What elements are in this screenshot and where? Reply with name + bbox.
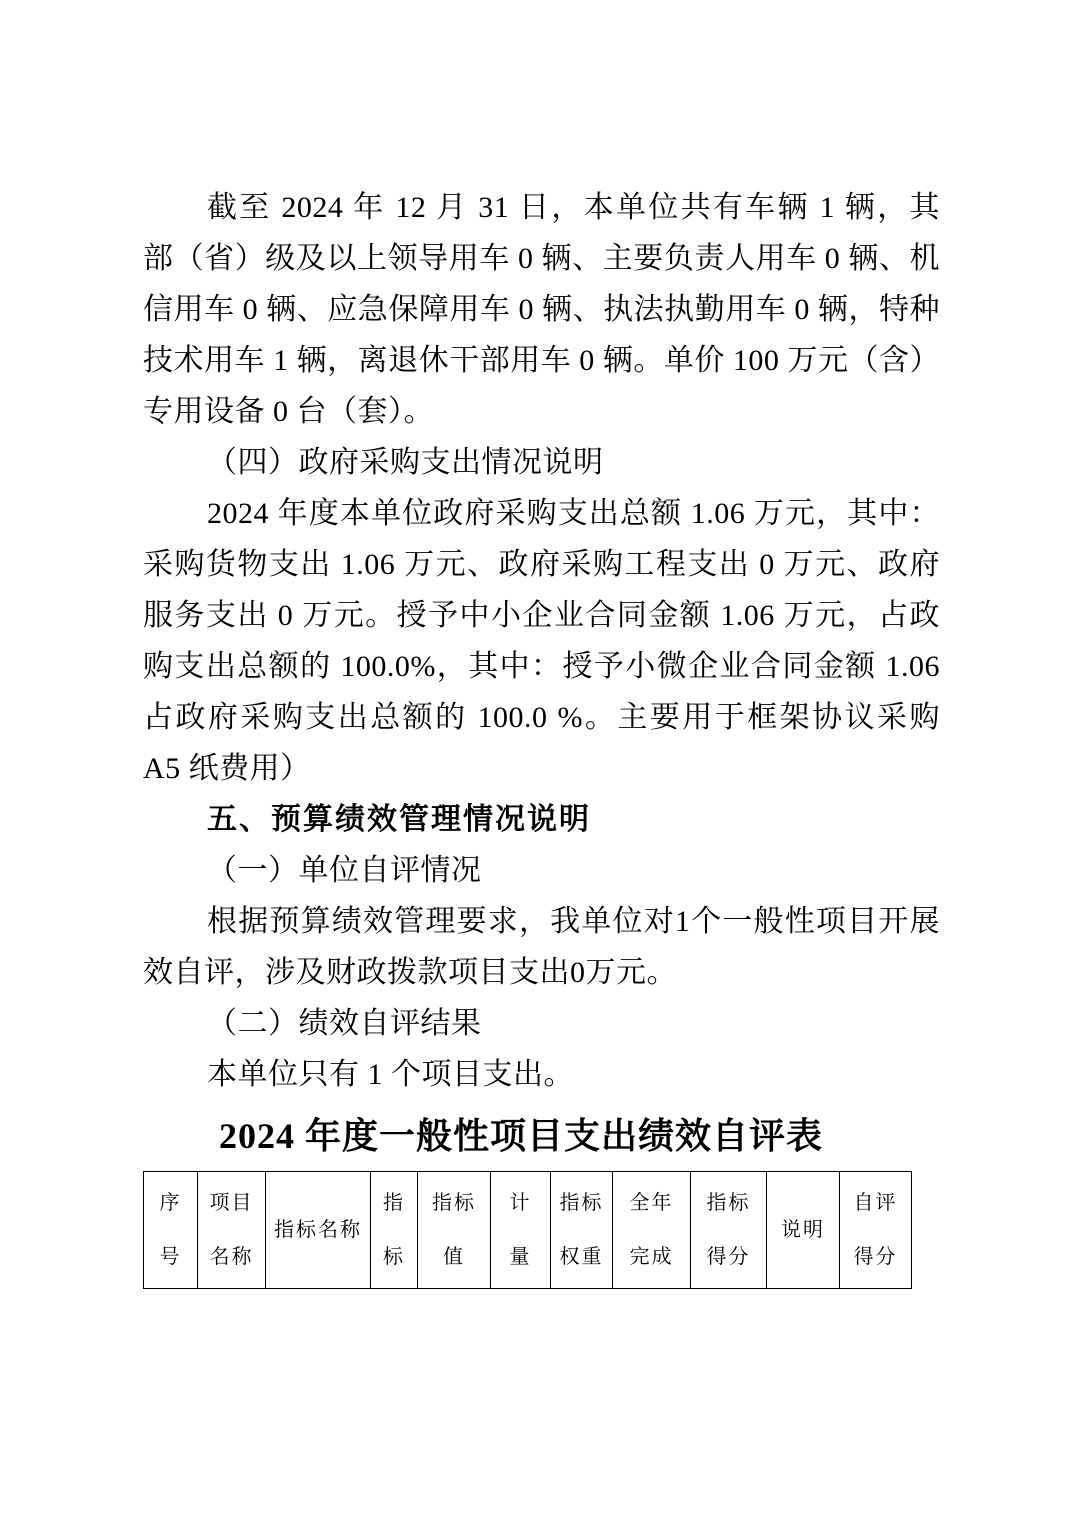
- text-line: 部（省）级及以上领导用车 0 辆、主要负责人用车 0 辆、机要通: [143, 233, 940, 284]
- paragraph-container: 截至 2024 年 12 月 31 日，本单位共有车辆 1 辆，其中，副部（省）…: [143, 182, 940, 1100]
- table-header-cell-content: 全年完成: [613, 1176, 690, 1284]
- table-header-text: 序: [160, 1176, 182, 1230]
- text-line: 购支出总额的 100.0%，其中：授予小微企业合同金额 1.06 万元，: [143, 641, 940, 692]
- paragraph: 本单位只有 1 个项目支出。: [143, 1049, 940, 1100]
- text-line: 2024 年度本单位政府采购支出总额 1.06 万元，其中：政府: [143, 488, 940, 539]
- table-header-cell-content: 说明: [767, 1203, 839, 1257]
- text-line: 根据预算绩效管理要求，我单位对1个一般性项目开展了绩: [143, 896, 940, 947]
- text-line: （四）政府采购支出情况说明: [143, 437, 940, 488]
- table-header-text: 完成: [630, 1230, 674, 1284]
- paragraph: 根据预算绩效管理要求，我单位对1个一般性项目开展了绩效自评，涉及财政拨款项目支出…: [143, 896, 940, 998]
- section-heading: 五、预算绩效管理情况说明: [143, 794, 940, 845]
- table-header-cell: 全年完成: [613, 1172, 691, 1289]
- performance-self-eval-table: 序号项目名称指标名称指标指标值计量指标权重全年完成指标得分说明自评得分: [143, 1171, 912, 1289]
- table-header-text: 计: [510, 1176, 532, 1230]
- table-header-cell: 指标: [371, 1172, 418, 1289]
- document-content: 截至 2024 年 12 月 31 日，本单位共有车辆 1 辆，其中，副部（省）…: [143, 182, 940, 1289]
- table-header-cell-content: 指标权重: [551, 1176, 612, 1284]
- table-header-text: 得分: [707, 1230, 751, 1284]
- table-header-cell: 计量: [491, 1172, 551, 1289]
- text-line: 占政府采购支出总额的 100.0 %。主要用于框架协议采购（A4、: [143, 692, 940, 743]
- text-line: 服务支出 0 万元。授予中小企业合同金额 1.06 万元，占政府采: [143, 590, 940, 641]
- table-header-cell: 指标值: [418, 1172, 491, 1289]
- table-header-cell-content: 指标得分: [691, 1176, 766, 1284]
- table-header-text: 标: [383, 1230, 405, 1284]
- table-header-cell-content: 计量: [491, 1176, 550, 1284]
- text-line: 五、预算绩效管理情况说明: [143, 794, 940, 845]
- text-line: （一）单位自评情况: [143, 845, 940, 896]
- table-header-cell: 项目名称: [198, 1172, 266, 1289]
- table-header-text: 项目: [210, 1176, 254, 1230]
- text-line: 本单位只有 1 个项目支出。: [143, 1049, 940, 1100]
- table-header-text: 指标名称: [274, 1203, 362, 1257]
- table-header-cell-content: 指标值: [418, 1176, 490, 1284]
- document-page: 截至 2024 年 12 月 31 日，本单位共有车辆 1 辆，其中，副部（省）…: [0, 0, 1074, 1520]
- table-header-cell-content: 序号: [144, 1176, 197, 1284]
- table-header-text: 值: [443, 1230, 465, 1284]
- table-header-row: 序号项目名称指标名称指标指标值计量指标权重全年完成指标得分说明自评得分: [144, 1172, 912, 1289]
- section-heading: （一）单位自评情况: [143, 845, 940, 896]
- table-header-text: 指标: [432, 1176, 476, 1230]
- text-line: 效自评，涉及财政拨款项目支出0万元。: [143, 947, 940, 998]
- text-line: 截至 2024 年 12 月 31 日，本单位共有车辆 1 辆，其中，副: [143, 182, 940, 233]
- table-header-text: 名称: [210, 1230, 254, 1284]
- table-header-text: 说明: [781, 1203, 825, 1257]
- table-header-cell-content: 指标: [371, 1176, 417, 1284]
- table-header-cell: 说明: [767, 1172, 840, 1289]
- section-heading: （四）政府采购支出情况说明: [143, 437, 940, 488]
- table-header-cell-content: 自评得分: [840, 1176, 911, 1284]
- text-line: 采购货物支出 1.06 万元、政府采购工程支出 0 万元、政府采购: [143, 539, 940, 590]
- table-header-text: 得分: [854, 1230, 898, 1284]
- section-heading: （二）绩效自评结果: [143, 998, 940, 1049]
- table-header-text: 号: [160, 1230, 182, 1284]
- table-header-text: 量: [510, 1230, 532, 1284]
- text-line: 专用设备 0 台（套）。: [143, 386, 940, 437]
- text-line: 技术用车 1 辆，离退休干部用车 0 辆。单价 100 万元（含）以上: [143, 335, 940, 386]
- text-line: 信用车 0 辆、应急保障用车 0 辆、执法执勤用车 0 辆，特种专业: [143, 284, 940, 335]
- table-header-cell: 指标权重: [551, 1172, 613, 1289]
- text-line: （二）绩效自评结果: [143, 998, 940, 1049]
- paragraph: 截至 2024 年 12 月 31 日，本单位共有车辆 1 辆，其中，副部（省）…: [143, 182, 940, 437]
- table-header-text: 指标: [560, 1176, 604, 1230]
- table-header-text: 自评: [854, 1176, 898, 1230]
- table-header-text: 指标: [707, 1176, 751, 1230]
- table-header-cell-content: 指标名称: [266, 1203, 370, 1257]
- table-header-cell: 指标名称: [266, 1172, 371, 1289]
- table-header-cell: 序号: [144, 1172, 198, 1289]
- table-header-cell-content: 项目名称: [198, 1176, 265, 1284]
- paragraph: 2024 年度本单位政府采购支出总额 1.06 万元，其中：政府采购货物支出 1…: [143, 488, 940, 794]
- table-header-cell: 指标得分: [691, 1172, 767, 1289]
- table-header-cell: 自评得分: [840, 1172, 912, 1289]
- table-title: 2024 年度一般性项目支出绩效自评表: [143, 1113, 899, 1159]
- table-header-text: 权重: [560, 1230, 604, 1284]
- table-header-text: 全年: [630, 1176, 674, 1230]
- table-header-text: 指: [383, 1176, 405, 1230]
- text-line: A5 纸费用）: [143, 743, 940, 794]
